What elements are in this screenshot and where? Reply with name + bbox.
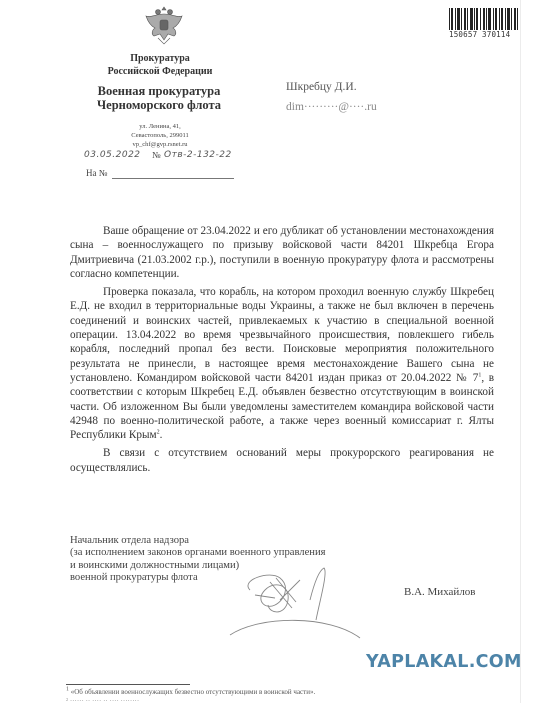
number-label: № bbox=[152, 150, 161, 160]
handwritten-outgoing-number: Отв-2-132-22 bbox=[164, 150, 232, 160]
address-block: ул. Ленина, 41, Севастополь, 299011 vp_c… bbox=[96, 122, 224, 149]
dept-line-1: Военная прокуратура bbox=[84, 84, 234, 98]
handwritten-signature-icon bbox=[220, 560, 370, 645]
recipient-email: dim·········@····.ru bbox=[286, 101, 377, 113]
recipient-name: Шкребцу Д.И. bbox=[286, 81, 357, 93]
signer-name: В.А. Михайлов bbox=[404, 586, 476, 598]
department-name: Военная прокуратура Черноморского флота bbox=[84, 84, 234, 112]
org-line-2: Российской Федерации bbox=[96, 65, 224, 78]
footnote-1: 1 «Об объявлении военнослужащих безвестн… bbox=[66, 688, 315, 696]
footnote-separator bbox=[66, 684, 190, 685]
org-name: Прокуратура Российской Федерации bbox=[96, 52, 224, 78]
address-city: Севастополь, 299011 bbox=[96, 131, 224, 140]
paragraph-3: В связи с отсутствием оснований меры про… bbox=[70, 446, 494, 475]
barcode-icon bbox=[448, 8, 520, 30]
paragraph-2-text: Проверка показала, что корабль, на котор… bbox=[70, 286, 494, 384]
handwritten-date: 03.05.2022 bbox=[84, 150, 141, 160]
paragraph-1: Ваше обращение от 23.04.2022 и его дубли… bbox=[70, 224, 494, 281]
russian-coat-of-arms-icon bbox=[142, 4, 186, 46]
footnote-1-text: «Об объявлении военнослужащих безвестно … bbox=[69, 688, 315, 696]
reply-to-blank-line bbox=[112, 178, 234, 179]
address-email: vp_chf@gvp.rsnet.ru bbox=[96, 140, 224, 149]
watermark: YAPLAKAL.COM bbox=[366, 652, 522, 672]
signatory-title-line-2: (за исполнением законов органами военног… bbox=[70, 547, 390, 559]
letter-body: Ваше обращение от 23.04.2022 и его дубли… bbox=[70, 224, 494, 475]
barcode-number: 150657 370114 bbox=[449, 30, 510, 39]
page-edge bbox=[520, 0, 521, 703]
org-line-1: Прокуратура bbox=[96, 52, 224, 65]
signatory-title-line-1: Начальник отдела надзора bbox=[70, 535, 390, 547]
dept-line-2: Черноморского флота bbox=[84, 98, 234, 112]
paragraph-2: Проверка показала, что корабль, на котор… bbox=[70, 285, 494, 442]
reply-to-label: На № bbox=[86, 168, 107, 178]
paragraph-2-end: . bbox=[160, 429, 163, 441]
address-street: ул. Ленина, 41, bbox=[96, 122, 224, 131]
footnote-2: ² ······ ·· ···· ·· ···· ········ bbox=[66, 697, 139, 703]
